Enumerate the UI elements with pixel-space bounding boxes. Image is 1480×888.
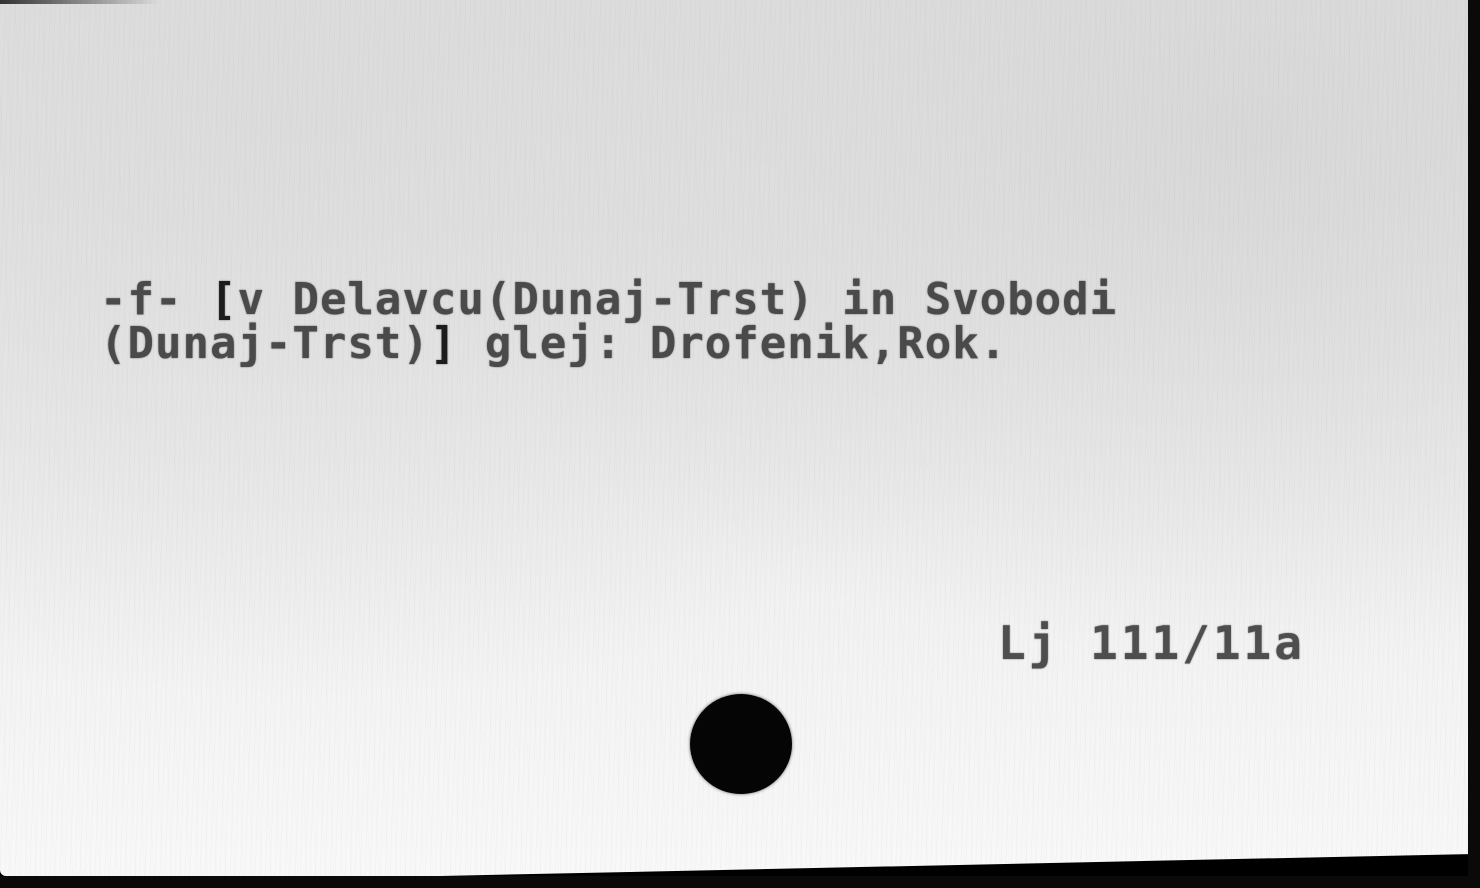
scan-border-right	[1468, 0, 1480, 888]
catalog-card: -f- [v Delavcu(Dunaj-Trst) in Svobodi (D…	[0, 0, 1468, 876]
entry-line-1: -f- [v Delavcu(Dunaj-Trst) in Svobodi	[100, 278, 1117, 322]
scan-shadow	[0, 0, 160, 4]
scan-border-bottom	[0, 876, 1480, 888]
entry-title-part-2: (Dunaj-Trst)	[100, 318, 430, 369]
call-number: Lj 111/11a	[998, 618, 1305, 668]
entry-line-2: (Dunaj-Trst)] glej: Drofenik,Rok.	[100, 322, 1007, 366]
handwritten-bracket-close: ]	[430, 318, 458, 369]
see-reference: glej: Drofenik,Rok.	[457, 318, 1007, 369]
card-punch-hole	[690, 694, 792, 794]
